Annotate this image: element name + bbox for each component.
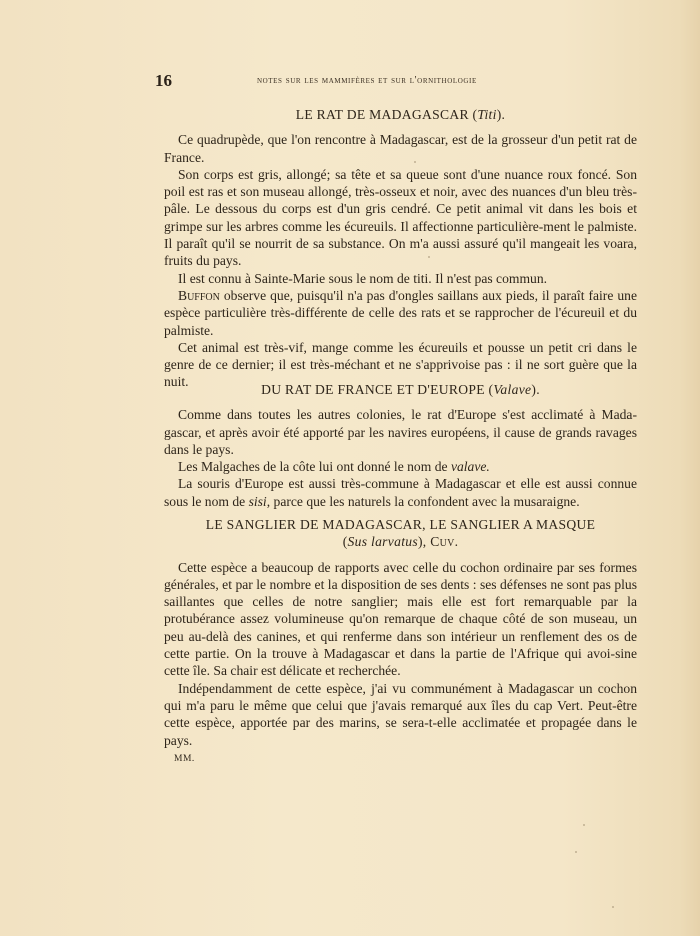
paragraph: Ce quadrupède, que l'on rencontre à Mada… — [164, 131, 637, 166]
paragraph-buffon: Buffon observe que, puisqu'il n'a pas d'… — [164, 287, 637, 339]
section-title: DU RAT DE FRANCE ET D'EUROPE (Valave). — [164, 381, 637, 398]
section-title: LE RAT DE MADAGASCAR (Titi). — [164, 106, 637, 123]
paragraph: Son corps est gris, allongé; sa tête et … — [164, 166, 637, 270]
book-page: 16 NOTES SUR LES MAMMIFÈRES ET SUR L'ORN… — [0, 0, 700, 936]
section-title-italic: Titi — [477, 107, 496, 122]
paragraph: Il est connu à Sainte-Marie sous le nom … — [164, 270, 637, 287]
paper-speck — [575, 851, 577, 853]
section-rat-de-madagascar: LE RAT DE MADAGASCAR (Titi). Ce quadrupè… — [164, 106, 637, 391]
paragraph: Cette espèce a beaucoup de rapports avec… — [164, 559, 637, 680]
paragraph: Indépendamment de cette espèce, j'ai vu … — [164, 680, 637, 749]
section-sanglier: LE SANGLIER DE MADAGASCAR, LE SANGLIER A… — [164, 516, 637, 768]
paragraph-souris: La souris d'Europe est aussi très-commun… — [164, 475, 637, 510]
paragraph: Comme dans toutes les autres colonies, l… — [164, 406, 637, 458]
section-title-text: LE RAT DE MADAGASCAR ( — [296, 107, 478, 122]
italic-term: sisi — [249, 494, 267, 509]
section-rat-de-france: DU RAT DE FRANCE ET D'EUROPE (Valave). C… — [164, 381, 637, 510]
running-head-title: NOTES SUR LES MAMMIFÈRES ET SUR L'ORNITH… — [257, 75, 477, 86]
italic-term: valave. — [451, 459, 490, 474]
latin-name: Sus larvatus — [348, 534, 418, 549]
paragraph-text: , parce que les naturels la confondent a… — [267, 494, 580, 509]
author-name: Buffon — [178, 288, 220, 303]
running-head: 16 NOTES SUR LES MAMMIFÈRES ET SUR L'ORN… — [155, 73, 555, 91]
paper-speck — [612, 906, 614, 908]
paren: ), — [418, 534, 430, 549]
author-abbrev: Cuv. — [430, 534, 458, 549]
section-subtitle: (Sus larvatus), Cuv. — [164, 533, 637, 550]
section-title-end: ). — [497, 107, 506, 122]
section-title-end: ). — [531, 382, 540, 397]
paper-speck — [414, 161, 416, 163]
signature: MM. — [164, 751, 637, 768]
section-title-text: DU RAT DE FRANCE ET D'EUROPE ( — [261, 382, 493, 397]
section-title-italic: Valave — [493, 382, 531, 397]
paper-speck — [428, 256, 430, 258]
paragraph-malgaches: Les Malgaches de la côte lui ont donné l… — [164, 458, 637, 475]
section-title: LE SANGLIER DE MADAGASCAR, LE SANGLIER A… — [164, 516, 637, 533]
paragraph-text: Les Malgaches de la côte lui ont donné l… — [178, 459, 451, 474]
paper-speck — [583, 824, 585, 826]
page-number: 16 — [155, 71, 172, 91]
paragraph-text: observe que, puisqu'il n'a pas d'ongles … — [164, 288, 637, 338]
